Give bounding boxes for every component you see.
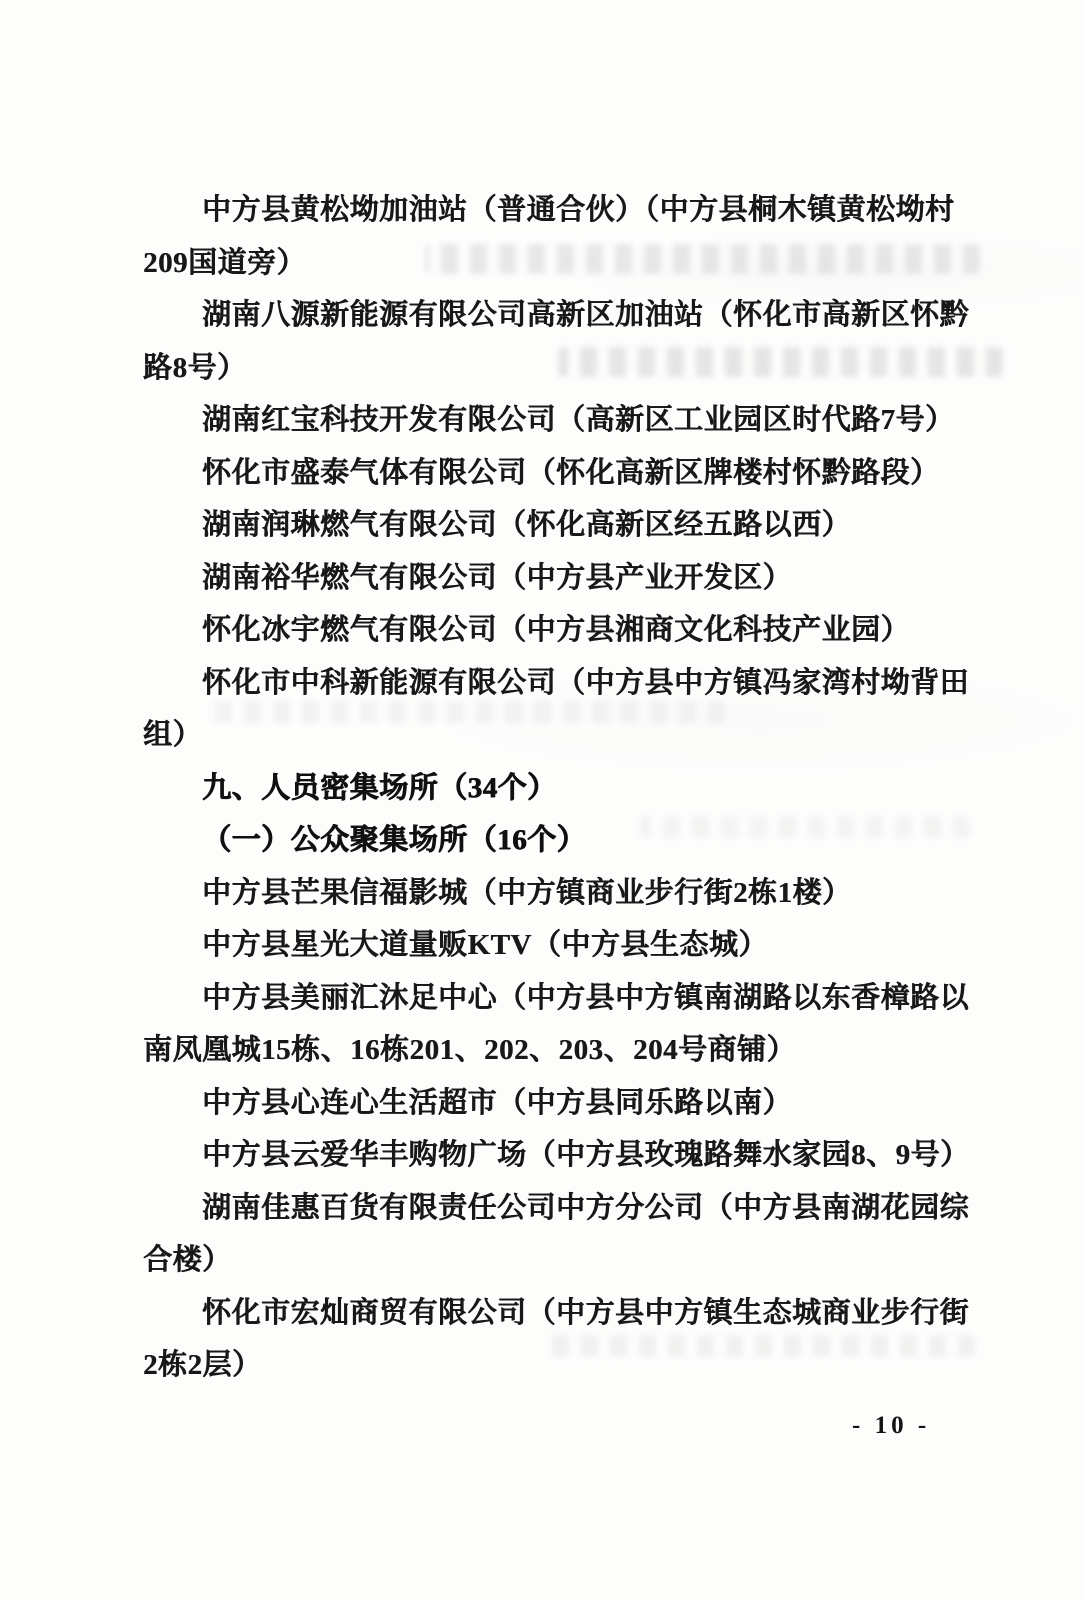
section-heading: 九、人员密集场所（34个）: [143, 762, 963, 815]
document-line: 中方县云爱华丰购物广场（中方县玫瑰路舞水家园8、9号）: [143, 1129, 963, 1182]
document-line: 湖南佳惠百货有限责任公司中方分公司（中方县南湖花园综: [143, 1182, 963, 1235]
scan-artifact: [640, 816, 970, 838]
document-line: 中方县芒果信福影城（中方镇商业步行街2栋1楼）: [143, 867, 963, 920]
document-line: 湖南红宝科技开发有限公司（高新区工业园区时代路7号）: [143, 394, 963, 447]
scan-artifact: [205, 701, 725, 723]
scan-artifact: [545, 1335, 975, 1357]
document-line: 中方县星光大道量贩KTV（中方县生态城）: [143, 919, 963, 972]
document-line: 怀化市盛泰气体有限公司（怀化高新区牌楼村怀黔路段）: [143, 447, 963, 500]
document-line: 湖南润琳燃气有限公司（怀化高新区经五路以西）: [143, 499, 963, 552]
document-line: 怀化市宏灿商贸有限公司（中方县中方镇生态城商业步行街: [143, 1287, 963, 1340]
page-number: - 10 -: [852, 1412, 972, 1440]
document-page: 中方县黄松坳加油站（普通合伙）（中方县桐木镇黄松坳村209国道旁）湖南八源新能源…: [0, 0, 1085, 1600]
document-line: 湖南八源新能源有限公司高新区加油站（怀化市高新区怀黔: [143, 289, 963, 342]
document-line: 怀化冰宇燃气有限公司（中方县湘商文化科技产业园）: [143, 604, 963, 657]
document-line: 合楼）: [143, 1234, 963, 1287]
document-line: 中方县心连心生活超市（中方县同乐路以南）: [143, 1077, 963, 1130]
document-line: 南凤凰城15栋、16栋201、202、203、204号商铺）: [143, 1024, 963, 1077]
document-line: 中方县黄松坳加油站（普通合伙）（中方县桐木镇黄松坳村: [143, 184, 963, 237]
document-line: 湖南裕华燃气有限公司（中方县产业开发区）: [143, 552, 963, 605]
document-line: 中方县美丽汇沐足中心（中方县中方镇南湖路以东香樟路以: [143, 972, 963, 1025]
scan-artifact: [558, 347, 1003, 377]
scan-artifact: [425, 244, 980, 274]
